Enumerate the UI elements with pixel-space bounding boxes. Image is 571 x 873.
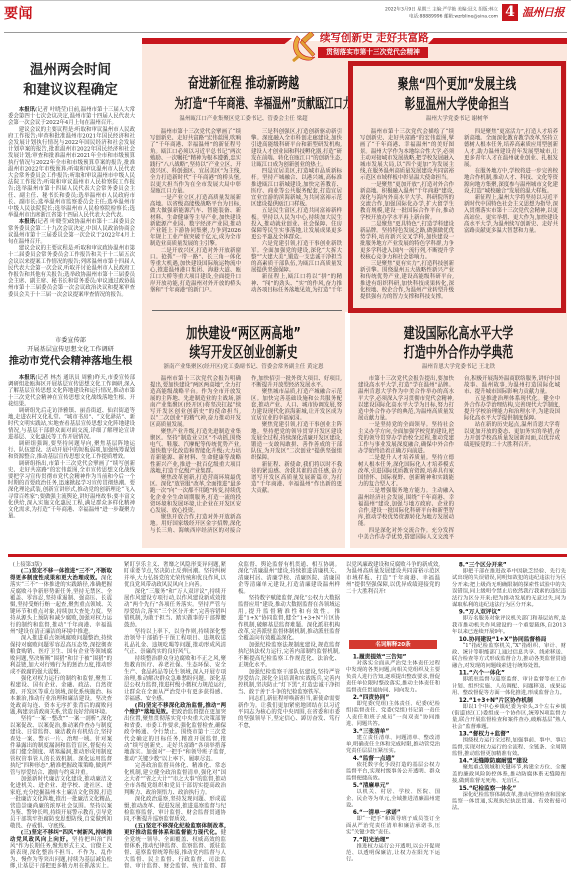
feature-c-headline-line1: 加快建设“两区两高地” xyxy=(168,324,318,342)
paragraph: 坚持数字赋能监督,深化“公权力大数据监督应用”建设,推动大数据监督在各领域运用,… xyxy=(238,595,340,642)
glossary-item-title: 15.“纪检监察一体化” xyxy=(452,784,566,791)
section-lead: (五)坚定不移深化纪检监察体制改革,更好推动监督体系和监督能力现代化。 xyxy=(124,822,226,835)
glossary-item-text: 即党委(党组)主体责任、纪委(纪检组)监督责任、党委(党组)书记第一责任人责任和… xyxy=(346,701,440,728)
paragraph: 坚持以上率下、以身作则,持续深化整治领导干部插手干预工程项目、违规收送礼品礼金、… xyxy=(124,628,226,655)
glossary-item-text: 即以1个中心乡镇纪委为牵头,3个左右乡镇(街道)纪(工)委组成一个协作区,统筹N… xyxy=(452,703,566,730)
paragraph: 强化对权力运行的制约和监督,聚焦工程建设、国有企业、金融、政法、自然资源、开发区… xyxy=(10,675,112,715)
continued-article-tail: 以党风廉政建设和反腐败斗争的新成效,为温州高质量发展建设共同富裕示范区市域样板、… xyxy=(346,561,440,635)
glossary-item: 13.“督权力+监督”围绕权力运行全过程,加强事前、事中、事后监督,实现对权力运… xyxy=(452,730,566,757)
feature-b-headline-line2: 彰显温州大学使命担当 xyxy=(382,97,532,113)
paragraph: 站在新的历史起点,温州肯恩大学将以更加开放的姿态、更加务实的举措,奋力开创学校高… xyxy=(464,421,560,447)
glossary-item-text: 围绕权力运行全过程,加强事前、事中、事后监督,实现对权力运行的全流程、全链条、全… xyxy=(452,737,566,757)
glossary-item-text: 依托数字化手段打造的基层公权力监督平台,实现村级事务公开透明、群众监督便捷高效。 xyxy=(346,761,440,781)
glossary-item-text: “1”指纪检监察机关,“X”指组织、审计、财政、统计等职能部门,通过信息共享、线… xyxy=(452,642,566,669)
glossary-item-title: 3.“三张清单” xyxy=(346,727,440,734)
paragraph: 建议会议的主要议程是:听取和审议政协温州市第十二届委员会常务委员会工作报告和关于… xyxy=(8,245,135,298)
glossary-item: 6.“一清单一承诺”即“一把手”和领导班子成员签订全面从严治党责任清单和廉洁承诺… xyxy=(346,809,440,836)
paragraph: 新征程上,温州大学将坚持以习近平新时代中国特色社会主义思想为指导,深入贯彻落实市… xyxy=(464,194,558,234)
glossary-item-text: 聚焦重点领域和关键环节,构建全方位、全覆盖的廉政风险防控体系,推动防腐体系无缝隙… xyxy=(452,764,566,784)
feature-b-headline-line1: 聚焦“四个更加”发展主线 xyxy=(382,77,532,94)
paragraph: 温州市第十三次党代会描绘了“续写创新史、走好共富路”的宏伟蓝图,擘画了“千年商港… xyxy=(360,128,454,181)
glossary-item-title: 5.“清廉单元” xyxy=(346,782,440,789)
glossary-item-title: 7.“阳光治理” xyxy=(346,836,440,843)
feature-d-headline-line1: 建设国际化高水平大学 xyxy=(379,324,537,342)
glossary-item: 10.协同建设“1+X”协同监督格局“1”指纪检监察机关,“X”指组织、审计、财… xyxy=(452,635,566,669)
page-number-badge: 4 xyxy=(502,4,518,21)
glossary-item-text: 即把干部在推进改革中因缺乏经验、先行先试出现的失误错误,同明知故犯的违纪违法行为… xyxy=(452,568,566,608)
dateline: 本报讯 xyxy=(19,218,36,225)
section-red-rule xyxy=(8,554,567,557)
paragraph: 坚持“一案一整改”“一案一剖析”,深化以案促改、以案促治,推动案件查办与制度建设… xyxy=(10,715,112,775)
glossary-item: 1.履责提效“三告知”对落实全面从严治党主体责任过程中发现的各类问题,向相关党组… xyxy=(346,653,440,694)
paragraph: 同志们,新征程呼唤新担当,新使命需要新作为。让我们更加紧密地团结在以习近平同志为… xyxy=(238,695,340,729)
paragraph: 本报讯(记者 叶晓莹)政协温州市第十二届委员会常务委员会第二十九次会议决定,中国… xyxy=(8,218,135,244)
paragraph: 建议会议的主要议程是:听取和审议温州市人民政府工作报告;审查和批准温州市2021… xyxy=(8,126,135,218)
glossary-item-text: 对落实全面从严治党主体责任过程中发现的各类问题,向相关党组织及主要负责人进行告知… xyxy=(346,660,440,694)
glossary-item-text: 深化纪检监察体制改革,推动纪律检查和国家监察一体贯通,实现执纪执法贯通、有效衔接… xyxy=(452,791,566,811)
glossary-item: 9.“万人双评议”即万名服务对象评议机关部门和基层站所,是我市推动机关作风建设的… xyxy=(452,608,566,635)
glossary-item-text: 建立责任清单、问题清单、整改清单,明确责任主体和完成时限,推动管党治党责任层层压… xyxy=(346,734,440,754)
glossary-title: 名词解释20条 xyxy=(349,640,437,649)
glossary-item: 15.“纪检监察一体化”深化纪检监察体制改革,推动纪律检查和国家监察一体贯通,实… xyxy=(452,784,566,811)
glossary-item-title: 4.“监督一点通” xyxy=(346,754,440,761)
paragraph: 加强纪检监察法规制度建设,规范监督执纪执法权力运行,完善内部制约监督机制,不断提… xyxy=(238,641,340,668)
paragraph: 聚焦城市品质,打造产城融合示范区。加快完善基础设施和公共服务配套,推动产业、人口… xyxy=(251,388,342,421)
feature-c-headline-line2: 续写开发区创业创新史 xyxy=(170,344,316,361)
glossary-item: 14.“无缝隙防腐耐盟”建设聚焦重点领域和关键环节,构建全方位、全覆盖的廉政风险… xyxy=(452,757,566,784)
paragraph: 三是聚焦“更有实力”,打造科技创新新引擎。围绕温州五大战略性新兴产业和传统优势产… xyxy=(360,260,454,300)
paragraph: 四是宜居美区,打造城市品质新标杆。坚持产城融合、以港兴城,高标准推进瓯江口新城建… xyxy=(251,168,342,208)
section-title: 要闻 xyxy=(4,5,33,23)
feature-a-byline: 温州瓯江口产业集聚区党工委书记、管委会主任 梁超 xyxy=(142,115,345,122)
glossary-item-title: 2.“四责协同” xyxy=(346,694,440,701)
top-border xyxy=(0,0,571,1)
banner-subtitle: 贯彻落实市第十三次党代会精神 xyxy=(318,47,428,58)
glossary-item-title: 1.履责提效“三告知” xyxy=(346,653,440,660)
paragraph: 一是产业立区,打造高质量发展新高地。以省级高能级战略平台为目标,做大做强新能源汽… xyxy=(150,194,241,247)
paragraph: 聚焦党建引领,打造干事创业主阵地。坚持把党的领导贯穿开发区建设发展全过程,持续深… xyxy=(251,421,342,461)
paragraph: 在服务地方中,学校将进一步完善校地合作机制,推动人才、科技、文化等资源向地方集聚… xyxy=(464,168,558,194)
paragraph: 深入推进重点领域腐败问题整治,持续保持对腐败问题零容忍高压态势,深挖彻查粮食购销… xyxy=(10,635,112,675)
paragraph: 温州市第十三次党代会报告明确提出,要加快建设“两区两高地”,全力打造高能级战略平… xyxy=(150,375,241,428)
feature-c-byline: 浙南产业集聚区(经开区)党工委副书记、管委会常务副主任 黄定恩 xyxy=(142,363,345,370)
paragraph: 本报讯(记者 叶晓莹)日前,温州市第十三届人大常委会第四十七次会议决定,温州市第… xyxy=(8,106,135,126)
paragraph: 本报讯(记者 林杰 通讯员 周雅)昨天,市委宣传部调研组赴瓯海区开展基层宣传思想… xyxy=(8,374,135,407)
paragraph: 加强新时代廉洁文化建设,推动廉洁文化进机关、进企业、进学校、进社区、进家庭,充分… xyxy=(10,776,112,830)
banner-bar-right xyxy=(428,38,567,44)
header-divider xyxy=(4,32,567,33)
banner-title: 续写创新史 走好共富路 xyxy=(320,32,429,45)
paragraph: 加强纪检监察干部队伍建设,坚持严管厚爱结合,深化全员培训和实战练兵,完善内控机制… xyxy=(238,668,340,695)
banner-bar-left xyxy=(142,38,292,44)
glossary-item-title: 10.协同建设“1+X”协同监督格局 xyxy=(452,635,566,642)
paragraph: 五是民生富区,打造共同富裕新样板。坚持以人民为中心,持续加大民生投入,推动就业创… xyxy=(251,207,342,240)
glossary-item: 7.“阳光治理”推进权力运行公开透明,以公开促规范、以透明保廉洁,让权力在阳光下… xyxy=(346,836,440,863)
date-editor-line: 2022年3月9日 星期三 主编:严学艳 美编:冠义 组版:林立 xyxy=(300,6,498,13)
glossary-item-text: 推进权力运行公开透明,以公开促规范、以透明保廉洁,让权力在阳光下运行。 xyxy=(346,843,440,863)
article-headline-line1: 温州两会时间 xyxy=(6,62,135,79)
paragraph: 二是提升人才培养质量。坚持立德树人根本任务,深化国际化人才培养模式改革,引进国际… xyxy=(358,454,454,487)
article-headline-line2: 和建议议程确定 xyxy=(6,82,135,99)
glossary-item: 8.“三个区分开来”即把干部在推进改革中因缺乏经验、先行先试出现的失误错误,同明… xyxy=(452,561,566,608)
paragraph: 温州市第十三次党代会擘画了“续写创新史、走好共富路”宏伟蓝图,吹响了“千年商港、… xyxy=(150,128,241,194)
paragraph: 调研组先后走访泽雅镇、丽岙街道、仙岩街道等地,走进农村文化礼堂、“城市书房”、“… xyxy=(8,407,135,440)
glossary-column-1: 1.履责提效“三告知”对落实全面从严治党主体责任过程中发现的各类问题,向相关党组… xyxy=(346,653,440,871)
feature-c-body: 温州市第十三次党代会报告明确提出,要加快建设“两区两高地”,全力打造高能级战略平… xyxy=(150,375,342,543)
paragraph: 市第十三次党代会报告提出,要加快建设高水平大学,打造“学在温州”品牌。温州肯恩大… xyxy=(358,375,454,421)
glossary-item: 2.“四责协同”即党委(党组)主体责任、纪委(纪检组)监督责任、党委(党组)书记… xyxy=(346,694,440,728)
glossary-column-2: 8.“三个区分开来”即把干部在推进改革中因缺乏经验、先行先试出现的失误错误,同明… xyxy=(452,561,566,871)
section-lead: (二)坚定不移一体推进“三不”,不断取得更多制度性成果和更大治理成效。 xyxy=(10,568,112,581)
party-emblem-icon xyxy=(290,32,320,64)
feature-d-byline: 温州肯恩大学党委书记 王北铁 xyxy=(350,363,567,370)
feature-b-body: 温州市第十三次党代会描绘了“续写创新史、走好共富路”的宏伟蓝图,擘画了“千年商港… xyxy=(360,128,558,304)
paragraph: (四)坚定不移深化政治监督,推动“两个维护”落地见效。把政治监督摆在更加突出位置… xyxy=(124,702,226,762)
paragraph: 持续整治群众身边腐败和不正之风,聚焦教育医疗、养老社保、生态环保、安全生产、食品… xyxy=(124,655,226,702)
continued-article-body: (上接第3版) (二)坚定不移一体推进“三不”,不断取得更多制度性成果和更大治理… xyxy=(10,561,340,871)
paragraph: 四是聚焦“更富活力”,打造人才培养新高地。全面深化教育教学改革,坚持立德树人根本… xyxy=(464,128,558,168)
feature-a-headline-line1: 奋进新征程 推动新跨越 xyxy=(168,76,318,93)
paragraph: 聚焦改革创新,打造营商环境最优区。深化“放管服”改革,全面推进“最多跑一次”向“… xyxy=(150,474,241,514)
article-body: 本报讯(记者 叶晓莹)日前,温州市第十三届人大常委会第四十七次会议决定,温州市第… xyxy=(8,106,135,314)
glossary-item-text: 即派驻监督与巡察监督、审计监督等在工作计划、组织实施、人员调配、问题移送、成果运… xyxy=(452,676,566,696)
contact-line: 电话:88889996 邮箱:wzrbline@sina.com xyxy=(300,13,498,20)
paragraph: 三是科创强区,打造创新驱动新引擎。深度融入全市科创走廊建设,加快引进高能级科研平… xyxy=(251,128,342,168)
paragraph: 调研组指出,市第十三次党代会擘画了“续写创新史、走好共富路”的宏伟蓝图,全市宣传… xyxy=(8,460,135,519)
feature-d-headline-line2: 打造中外合作办学典范 xyxy=(379,344,537,361)
paragraph: 一是坚持党的全面领导。坚持社会主义办学方向,全面加强学校党的建设,把党的领导贯穿… xyxy=(358,421,454,454)
paragraph: 聚焦产业升级,打造先进制造业集聚区。坚持“制造业立区”不动摇,围绕电气、鞋服、汽… xyxy=(150,428,241,474)
glossary-item-title: 12.“1+3+N”片区协作机制 xyxy=(452,696,566,703)
glossary-item-text: 即“一把手”和领导班子成员签订全面从严治党责任清单和廉洁承诺书,压实“关键少数”… xyxy=(346,816,440,836)
article-headline: 推动市党代会精神落地生根 xyxy=(6,355,135,368)
paragraph: 以党风廉政建设和反腐败斗争的新成效,为温州高质量发展建设共同富裕示范区市域样板、… xyxy=(346,561,440,595)
masthead-info: 2022年3月9日 星期三 主编:严学艳 美编:冠义 组版:林立 电话:8888… xyxy=(300,6,498,21)
paragraph: 调研组强调,要坚持问题导向,聚焦基层阵地运行、队伍建设、活动开展中的短板弱项,加… xyxy=(8,440,135,460)
newspaper-logo: 温州日报 xyxy=(522,6,564,20)
paragraph: 深化政治巡察,坚持发现问题、形成震慑,推动改革、促进发展,推进巡察监督与纪检监察… xyxy=(124,796,226,823)
glossary-item-text: 即万名服务对象评议机关部门和基层站所,是我市推动机关作风建设的一个重要载体,自2… xyxy=(452,615,566,635)
paragraph: 三是增强服务地方能力。主动融入温州经济社会发展,围绕“千年商港、幸福温州”建设,… xyxy=(358,487,454,527)
glossary-item: 11.“六个一体化”即派驻监督与巡察监督、审计监督等在工作计划、组织实施、人员调… xyxy=(452,669,566,696)
paragraph: 六是党建引领,打造干事创业新铁军。全面加强党的建设,深化“大拆大整”“大建大美”… xyxy=(251,240,342,273)
glossary-item: 4.“监督一点通”依托数字化手段打造的基层公权力监督平台,实现村级事务公开透明、… xyxy=(346,754,440,781)
paragraph: 新征程、新使命,我们将以时不我待的紧迫感、舍我其谁的责任感,奋力谱写开发区高质量… xyxy=(251,461,342,494)
article-body: 本报讯(记者 林杰 通讯员 周雅)昨天,市委宣传部调研组赴瓯海区开展基层宣传思想… xyxy=(8,374,135,548)
paragraph: (二)坚定不移一体推进“三不”,不断取得更多制度性成果和更大治理成效。深化落实“… xyxy=(10,568,112,635)
glossary-item: 5.“清廉单元”以机关、村居、学校、医院、国企、民企等为单元,全域推进清廉温州建… xyxy=(346,782,440,809)
paragraph: 深化“三服务”和“万人双评议”,持续开展作风建设专项行动,以作风建设新成效推动“… xyxy=(124,588,226,628)
glossary-item-title: 8.“三个区分开来” xyxy=(452,561,566,568)
paragraph: 一是聚焦“更加开放”,打造对外合作新高地。积极融入温州“千年商港”建设,深化与海… xyxy=(360,181,454,221)
article-subhead: 开展基层宣传思想文化工作调研 xyxy=(6,345,135,353)
paragraph: 二是聚焦“更具特色”,打造学科建设新品牌。坚持特色发展之路,做强做优优势学科,培… xyxy=(360,220,454,260)
feature-d-body: 市第十三次党代会报告提出,要加快建设高水平大学,打造“学在温州”品牌。温州肯恩大… xyxy=(358,375,560,543)
feature-b-byline: 温州大学党委书记 谢树华 xyxy=(353,115,561,122)
paragraph: 五是推进治理体系现代化。健全中外合作办学治理结构,完善现代大学制度,提升学校治理… xyxy=(464,395,560,421)
feature-divider xyxy=(152,310,342,311)
feature-a-headline-line2: 为打造“千年商港、幸福温州”贡献瓯江口力量 xyxy=(174,96,312,112)
paragraph: 完善政治监督具体化、精准化、常态化机制,建立健全政治监督清单,强化对“国之大者”… xyxy=(124,762,226,796)
glossary-item-text: 以机关、村居、学校、医院、国企、民企等为单元,全域推进清廉温州建设。 xyxy=(346,789,440,809)
glossary-item-title: 13.“督权力+监督” xyxy=(452,730,566,737)
glossary-item: 3.“三张清单”建立责任清单、问题清单、整改清单,明确责任主体和完成时限,推动管… xyxy=(346,727,440,754)
paragraph: 二是开放兴区,打造对外开放新窗口。抢抓“一带一路”、长三角一体化等重大机遇,加快… xyxy=(150,247,241,293)
article-kicker: 市委宣传部 xyxy=(6,336,135,344)
feature-a-body: 温州市第十三次党代会擘画了“续写创新史、走好共富路”宏伟蓝图,吹响了“千年商港、… xyxy=(150,128,342,306)
glossary-item: 12.“1+3+N”片区协作机制即以1个中心乡镇纪委为牵头,3个左右乡镇(街道)… xyxy=(452,696,566,730)
